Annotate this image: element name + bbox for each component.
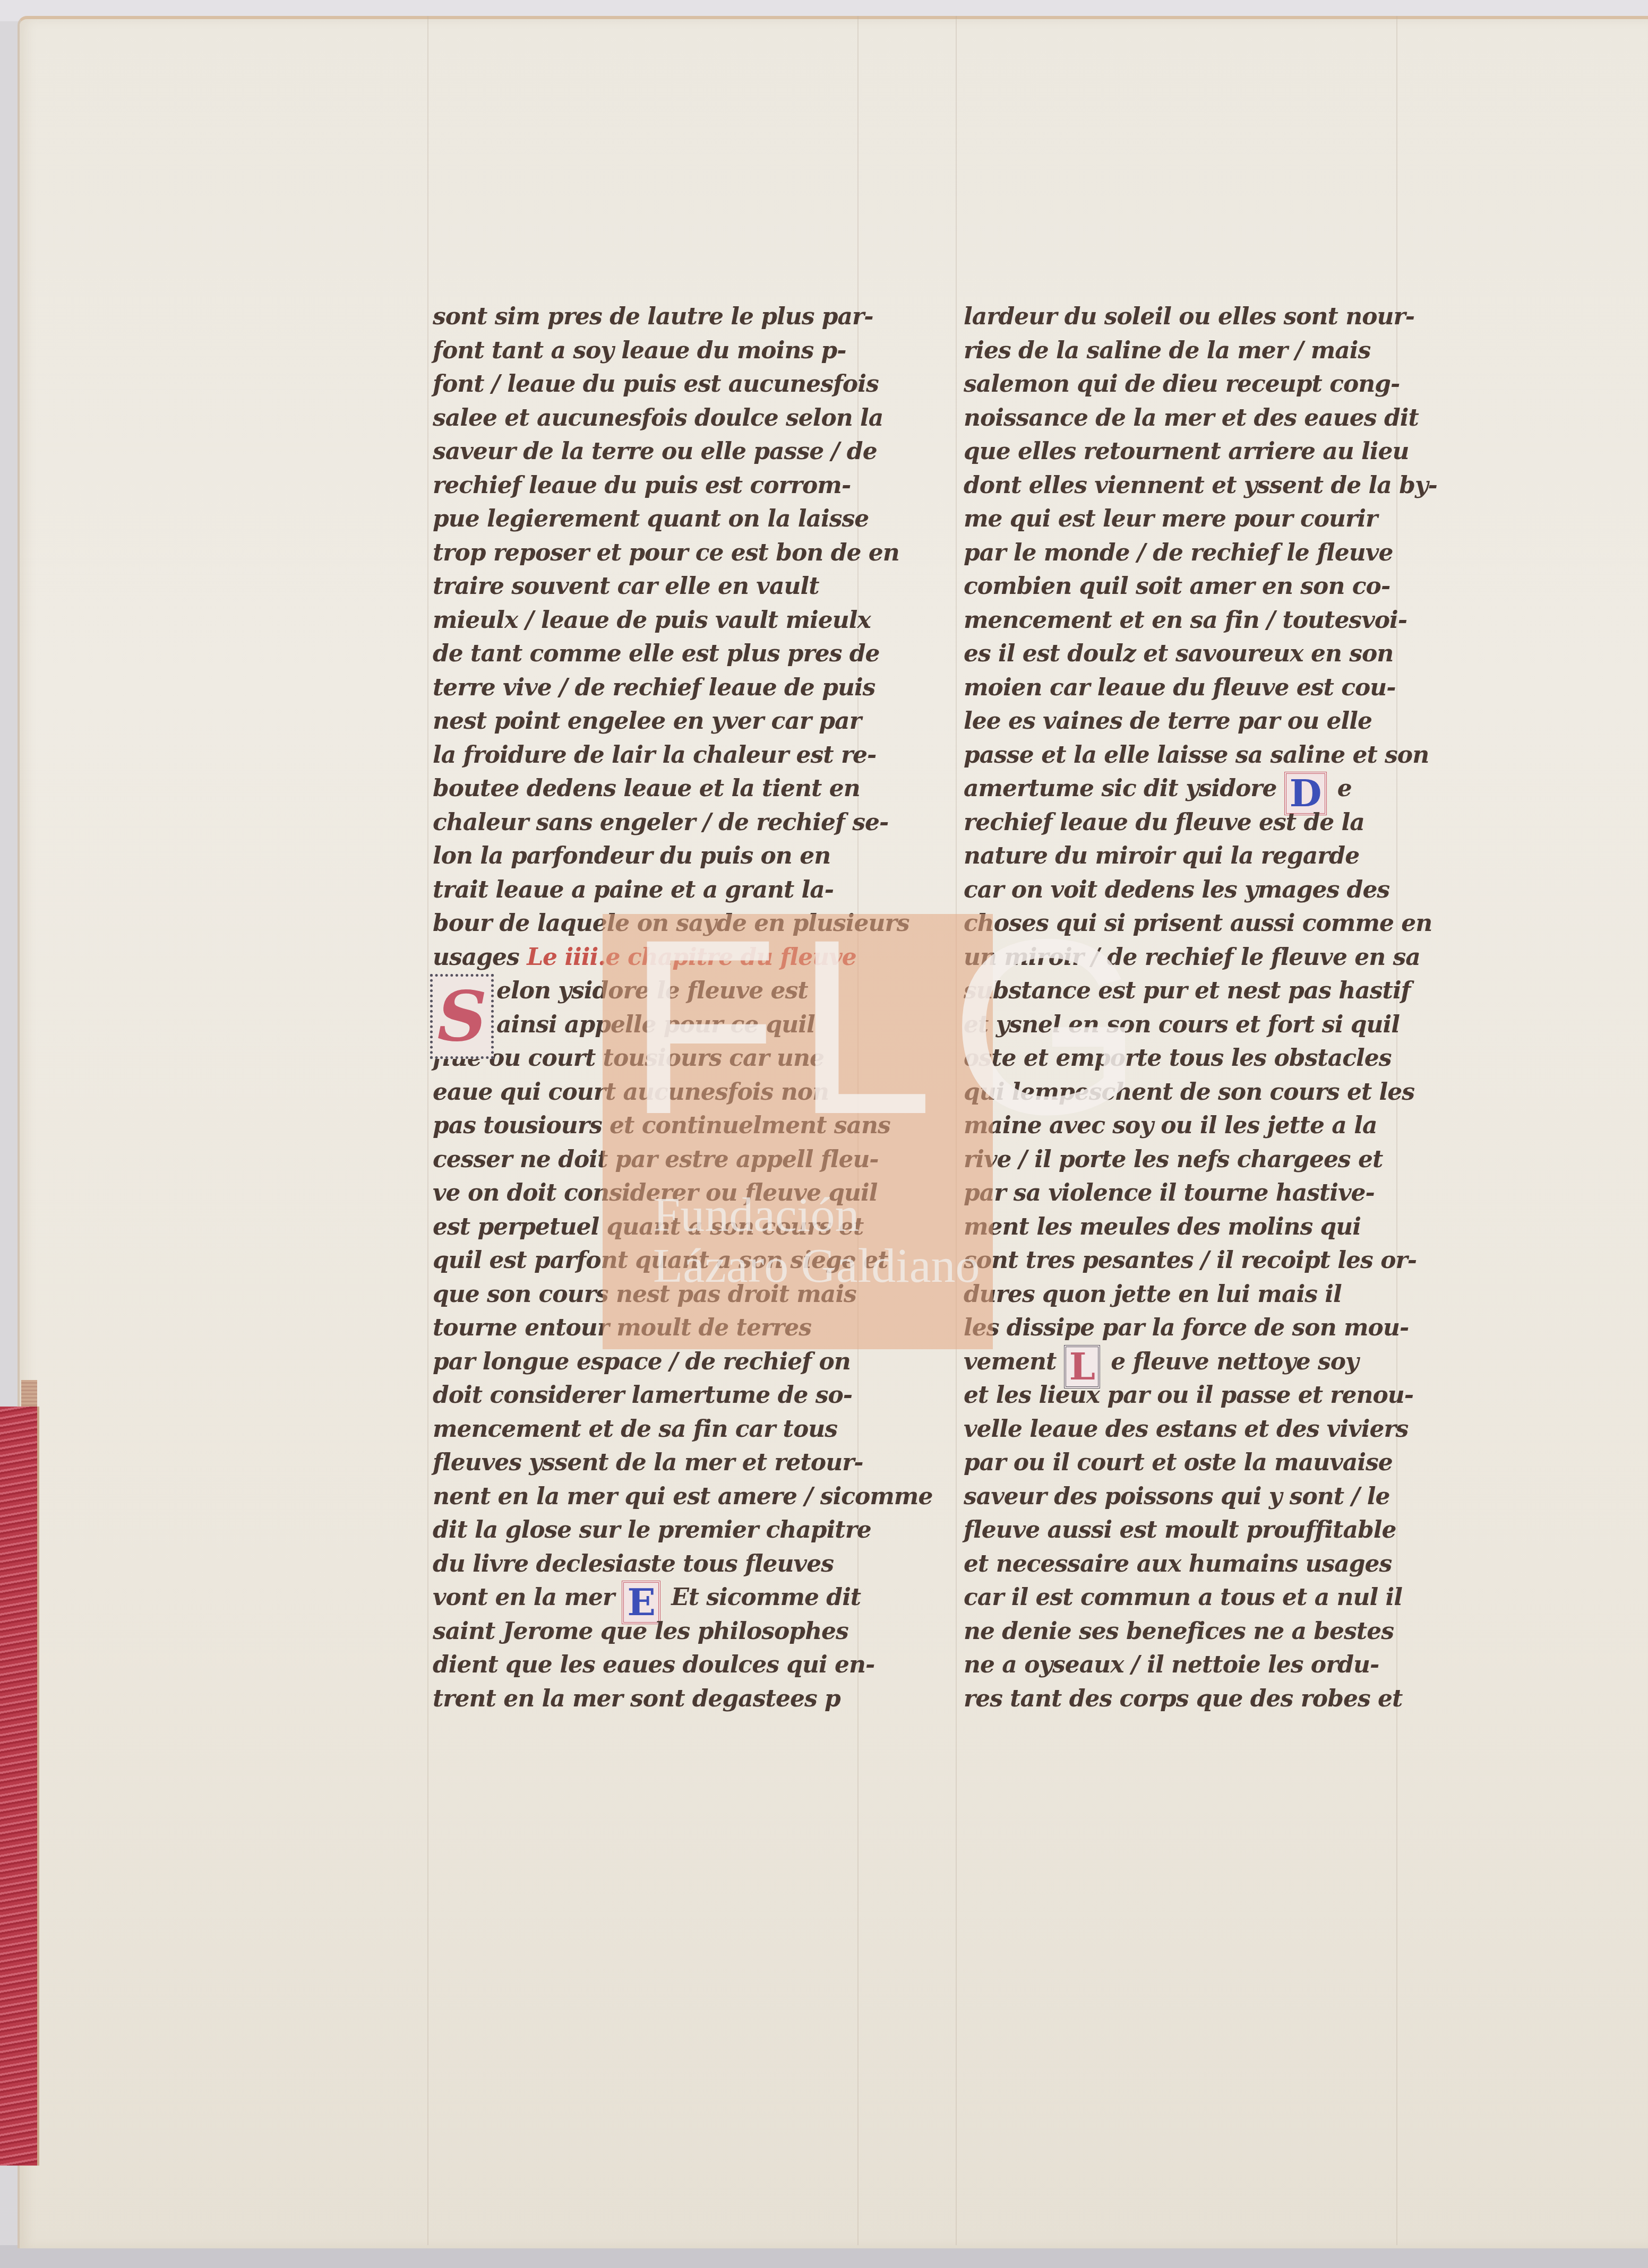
text-line: du livre declesiaste tous fleuves — [433, 1547, 900, 1581]
text-line: moien car leaue du fleuve est cou- — [964, 671, 1457, 705]
text-line: lee es vaines de terre par ou elle — [964, 704, 1457, 738]
text-line: ne a oyseaux / il nettoie les ordu- — [964, 1648, 1457, 1682]
text-line: cesser ne doit par estre appell fleu- — [433, 1143, 900, 1177]
text-line: salemon qui de dieu receupt cong- — [964, 367, 1457, 401]
text-line: mencement et de sa fin car tous — [433, 1412, 900, 1446]
text-line: nent en la mer qui est amere / sicomme — [433, 1480, 900, 1514]
text-line: de tant comme elle est plus pres de — [433, 637, 900, 671]
text-fragment: usages — [433, 944, 519, 971]
text-line: eaue qui court aucunesfois non — [433, 1075, 900, 1109]
text-line: maine avec soy ou il les jette a la — [964, 1109, 1457, 1143]
text-line: ries de la saline de la mer / mais — [964, 334, 1457, 368]
text-fragment: e — [1337, 775, 1352, 802]
text-line: font / leaue du puis est aucunesfois — [433, 367, 900, 401]
text-line: par ou il court et oste la mauvaise — [964, 1446, 1457, 1480]
text-line: doit considerer lamertume de so- — [433, 1378, 900, 1412]
text-line: res tant des corps que des robes et — [964, 1682, 1457, 1716]
text-line: qui lempeschent de son cours et les — [964, 1075, 1457, 1109]
text-line: dient que les eaues doulces qui en- — [433, 1648, 900, 1682]
text-line: fleuves yssent de la mer et retour- — [433, 1446, 900, 1480]
text-line: ainsi appelle pour ce quil — [433, 1008, 900, 1042]
text-fragment: e fleuve nettoye soy — [1111, 1348, 1358, 1375]
text-line: dont elles viennent et yssent de la by- — [964, 469, 1457, 503]
text-line: dit la glose sur le premier chapitre — [433, 1513, 900, 1547]
text-line: nest point engelee en yver car par — [433, 704, 900, 738]
text-line: que son cours nest pas droit mais — [433, 1278, 900, 1312]
text-line: trent en la mer sont degastees p — [433, 1682, 900, 1716]
text-line: elon ysidore le fleuve est — [433, 974, 900, 1008]
text-line: rechief leaue du fleuve est de la — [964, 806, 1457, 840]
ruling-line — [956, 16, 957, 2245]
text-line: lardeur du soleil ou elles sont nour- — [964, 300, 1457, 334]
text-line: un miroir / de rechief le fleuve en sa — [964, 941, 1457, 975]
text-line: par le monde / de rechief le fleuve — [964, 536, 1457, 570]
text-line: car on voit dedens les ymages des — [964, 873, 1457, 907]
text-line: sont tres pesantes / il recoipt les or- — [964, 1244, 1457, 1278]
text-fragment: vement — [964, 1348, 1056, 1375]
red-fabric-binding — [0, 1407, 39, 2166]
text-line: sont sim pres de lautre le plus par- — [433, 300, 900, 334]
initial-line: vont en la mer E Et sicomme dit — [433, 1581, 900, 1615]
text-line: pue legierement quant on la laisse — [433, 502, 900, 536]
text-line: combien quil soit amer en son co- — [964, 570, 1457, 603]
text-line: font tant a soy leaue du moins p- — [433, 334, 900, 368]
text-line: est perpetuel quant a son cours et — [433, 1210, 900, 1244]
text-fragment: vont en la mer — [433, 1584, 614, 1611]
initial-line: vement L e fleuve nettoye soy — [964, 1345, 1457, 1379]
scan-backdrop-bottom — [0, 2245, 1648, 2268]
text-line: et les lieux par ou il passe et renou- — [964, 1378, 1457, 1412]
rubric-line: usages Le iiii.e chapitre du fleuve — [433, 941, 900, 975]
text-line: terre vive / de rechief leaue de puis — [433, 671, 900, 705]
initial-line: amertume sic dit ysidore D e — [964, 772, 1457, 806]
text-line: nature du miroir qui la regarde — [964, 839, 1457, 873]
left-text-column: sont sim pres de lautre le plus par- fon… — [433, 300, 900, 1715]
text-line: par sa violence il tourne hastive- — [964, 1176, 1457, 1210]
text-line: boutee dedens leaue et la tient en — [433, 772, 900, 806]
right-text-column: lardeur du soleil ou elles sont nour- ri… — [964, 300, 1457, 1715]
text-line: choses qui si prisent aussi comme en — [964, 907, 1457, 941]
text-line: ne denie ses benefices ne a bestes — [964, 1615, 1457, 1649]
text-line: et necessaire aux humains usages — [964, 1547, 1457, 1581]
text-line: bour de laquele on sayde en plusieurs — [433, 907, 900, 941]
chapter-rubric: Le iiii.e chapitre du fleuve — [527, 944, 856, 971]
text-line: saveur des poissons qui y sont / le — [964, 1480, 1457, 1514]
text-line: et ysnel en son cours et fort si quil — [964, 1008, 1457, 1042]
text-line: traire souvent car elle en vault — [433, 570, 900, 603]
text-line: mieulx / leaue de puis vault mieulx — [433, 603, 900, 637]
text-line: me qui est leur mere pour courir — [964, 502, 1457, 536]
text-line: mencement et en sa fin / toutesvoi- — [964, 603, 1457, 637]
text-line: dures quon jette en lui mais il — [964, 1278, 1457, 1312]
text-line: passe et la elle laisse sa saline et son — [964, 738, 1457, 772]
text-line: es il est doulz et savoureux en son — [964, 637, 1457, 671]
text-line: noissance de la mer et des eaues dit — [964, 401, 1457, 435]
text-line: trop reposer et pour ce est bon de en — [433, 536, 900, 570]
illuminated-initial-s: S — [430, 974, 494, 1059]
text-line: les dissipe par la force de son mou- — [964, 1311, 1457, 1345]
text-line: tourne entour moult de terres — [433, 1311, 900, 1345]
text-line: oste et emporte tous les obstacles — [964, 1041, 1457, 1075]
text-line: flue ou court tousiours car une — [433, 1041, 900, 1075]
text-line: par longue espace / de rechief on — [433, 1345, 900, 1379]
text-line: lon la parfondeur du puis on en — [433, 839, 900, 873]
text-line: fleuve aussi est moult prouffitable — [964, 1513, 1457, 1547]
text-line: rive / il porte les nefs chargees et — [964, 1143, 1457, 1177]
text-line: saint Jerome que les philosophes — [433, 1615, 900, 1649]
text-line: ve on doit considerer ou fleuve quil — [433, 1176, 900, 1210]
ruling-line — [427, 16, 428, 2245]
text-line: la froidure de lair la chaleur est re- — [433, 738, 900, 772]
text-line: quil est parfont quant a son siege et — [433, 1244, 900, 1278]
text-line: salee et aucunesfois doulce selon la — [433, 401, 900, 435]
text-line: car il est commun a tous et a nul il — [964, 1581, 1457, 1615]
text-line: rechief leaue du puis est corrom- — [433, 469, 900, 503]
text-fragment: amertume sic dit ysidore — [964, 775, 1277, 802]
text-line: que elles retournent arriere au lieu — [964, 435, 1457, 469]
text-line: velle leaue des estans et des viviers — [964, 1412, 1457, 1446]
text-line: ment les meules des molins qui — [964, 1210, 1457, 1244]
text-line: pas tousiours et continuelment sans — [433, 1109, 900, 1143]
text-line: substance est pur et nest pas hastif — [964, 974, 1457, 1008]
text-line: saveur de la terre ou elle passe / de — [433, 435, 900, 469]
text-line: chaleur sans engeler / de rechief se- — [433, 806, 900, 840]
text-line: trait leaue a paine et a grant la- — [433, 873, 900, 907]
text-fragment: Et sicomme dit — [671, 1584, 861, 1611]
